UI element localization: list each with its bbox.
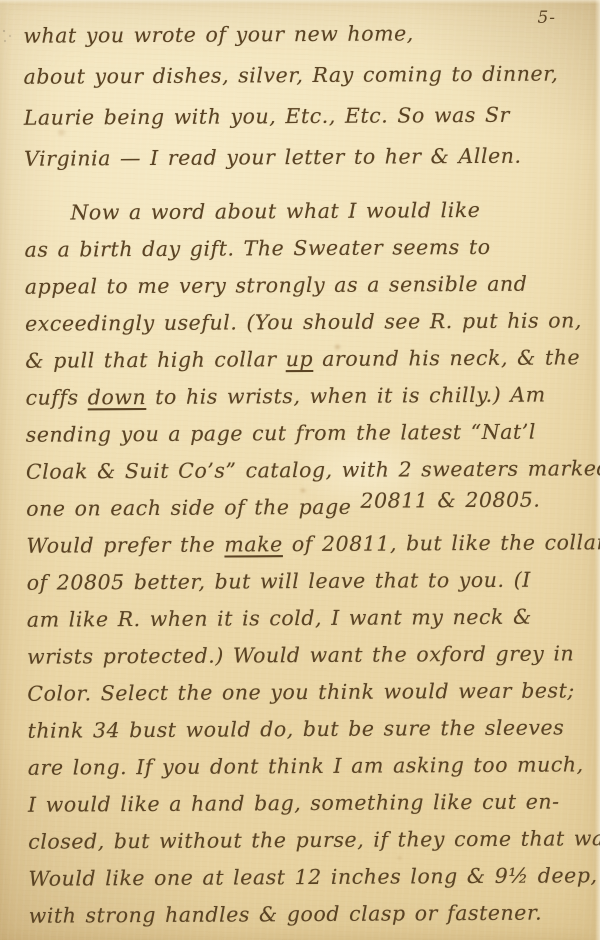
letter-line: Virginia — I read your letter to her & A… (24, 135, 592, 179)
line-text: Would like one at least 12 inches long &… (28, 863, 597, 890)
letter-line: of 20805 better, but will leave that to … (27, 561, 595, 601)
line-text: as a birth day gift. The Sweater seems t… (25, 235, 491, 262)
line-text: of 20811, but like the collar (283, 530, 600, 556)
line-text: & pull that high collar (25, 347, 286, 373)
line-text: I would like a hand bag, something like … (28, 789, 560, 816)
letter-line: & pull that high collar up around his ne… (25, 339, 593, 379)
line-text: wrists protected.) Would want the oxford… (27, 641, 574, 668)
line-text: what you wrote of your new home, (23, 21, 414, 47)
letter-line: about your dishes, silver, Ray coming to… (23, 53, 591, 97)
line-text: Now a word about what I would like (70, 198, 480, 225)
letter-page: 5- what you wrote of your new home,about… (0, 0, 600, 940)
line-text: Cloak & Suit Co’s” catalog, with 2 sweat… (26, 456, 600, 484)
letter-line: wrists protected.) Would want the oxford… (27, 635, 595, 675)
underlined-word: up (286, 347, 314, 371)
letter-line: exceedingly useful. (You should see R. p… (25, 302, 593, 342)
letter-line: Would prefer the make of 20811, but like… (26, 524, 594, 564)
letter-line: what you wrote of your new home, (23, 12, 591, 56)
letter-line: Now a word about what I would like (24, 191, 592, 231)
letter-body: what you wrote of your new home,about yo… (23, 12, 597, 934)
letter-line: Cloak & Suit Co’s” catalog, with 2 sweat… (26, 450, 594, 490)
letter-line: appeal to me very strongly as a sensible… (25, 265, 593, 305)
paper-speckles (1, 27, 15, 45)
line-text: cuffs (25, 385, 87, 409)
letter-line: with strong handles & good clasp or fast… (29, 894, 597, 934)
line-text: Would prefer the (26, 533, 224, 558)
letter-line: Would like one at least 12 inches long &… (28, 857, 596, 897)
line-text: Virginia — I read your letter to her & A… (24, 144, 522, 171)
underlined-word: down (88, 385, 147, 409)
line-text: appeal to me very strongly as a sensible… (25, 272, 528, 299)
line-text: are long. If you dont think I am asking … (28, 752, 584, 779)
line-text: with strong handles & good clasp or fast… (29, 901, 543, 928)
line-text: around his neck, & the (313, 345, 580, 371)
letter-line: I would like a hand bag, something like … (28, 783, 596, 823)
line-text: 20811 & 20805. (360, 488, 540, 513)
letter-line: think 34 bust would do, but be sure the … (27, 709, 595, 749)
line-text: about your dishes, silver, Ray coming to… (23, 61, 558, 88)
paper-edge-top (0, 0, 600, 4)
letter-line: cuffs down to his wrists, when it is chi… (25, 376, 593, 416)
letter-line: Laurie being with you, Etc., Etc. So was… (24, 94, 592, 138)
line-text: to his wrists, when it is chilly.) Am (146, 383, 546, 409)
letter-line: are long. If you dont think I am asking … (28, 746, 596, 786)
line-text: think 34 bust would do, but be sure the … (27, 715, 564, 742)
letter-line: sending you a page cut from the latest “… (26, 413, 594, 453)
line-text: am like R. when it is cold, I want my ne… (27, 605, 532, 632)
underlined-word: make (224, 532, 283, 556)
letter-line: as a birth day gift. The Sweater seems t… (25, 228, 593, 268)
line-text: sending you a page cut from the latest “… (26, 420, 536, 447)
letter-line: closed, but without the purse, if they c… (28, 820, 596, 860)
letter-line: Color. Select the one you think would we… (27, 672, 595, 712)
line-text: closed, but without the purse, if they c… (28, 826, 600, 854)
line-text: one on each side of the page (26, 495, 360, 521)
line-text: Laurie being with you, Etc., Etc. So was… (24, 103, 510, 130)
letter-line: one on each side of the page 20811 & 208… (26, 487, 594, 527)
line-text: exceedingly useful. (You should see R. p… (25, 308, 582, 335)
letter-line: am like R. when it is cold, I want my ne… (27, 598, 595, 638)
line-text: Color. Select the one you think would we… (27, 678, 575, 705)
line-text: of 20805 better, but will leave that to … (27, 568, 531, 595)
